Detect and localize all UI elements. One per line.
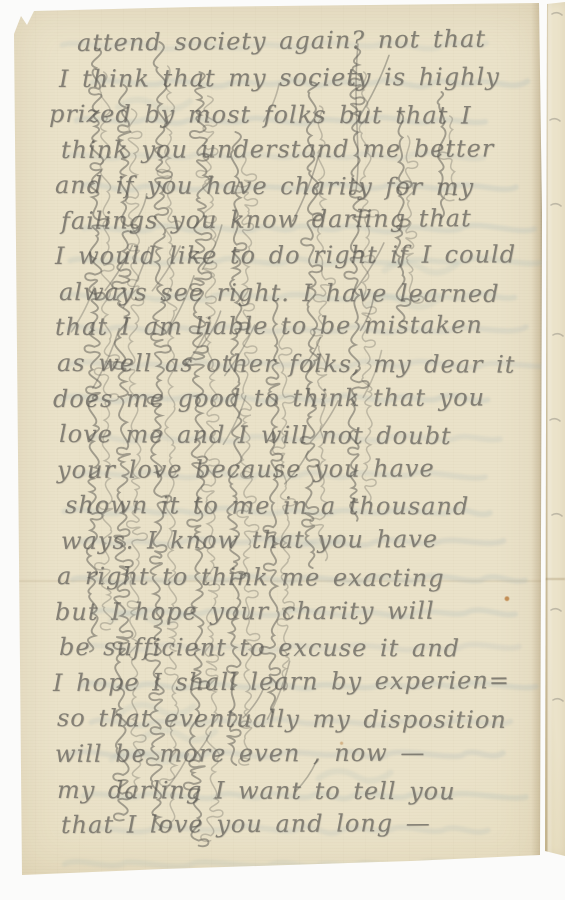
letter-line: a right to think me exacting (57, 562, 445, 592)
letter-line: that I am liable to be mistaken (55, 311, 483, 341)
letter-line: prized by most folks but that I (49, 100, 472, 129)
scanned-letter: attend society again? not thatI think th… (0, 0, 565, 900)
letter-line: ways. I know that you have (61, 525, 438, 555)
letter-line: I hope I shall learn by experien= (53, 666, 510, 697)
letter-line: so that eventually my disposition (57, 704, 507, 734)
letter-line: failings you know darling that (61, 204, 472, 235)
letter-line: my darling I want to tell you (57, 776, 456, 805)
letter-page: attend society again? not thatI think th… (13, 3, 543, 879)
letter-line: does me good to think that you (53, 383, 485, 413)
letter-line: but I hope your charity will (55, 596, 435, 625)
letter-text: attend society again? not thatI think th… (13, 3, 543, 879)
letter-line: and if you have charity for my (55, 171, 474, 201)
letter-line: your love because you have (57, 454, 435, 484)
letter-line: as well as other folks, my dear it (57, 349, 516, 379)
letter-line: be sufficient to excuse it and (59, 633, 460, 662)
letter-line: attend society again? not that (77, 25, 486, 57)
letter-line: love me and I will not doubt (59, 420, 452, 450)
letter-line: I think that my society is highly (59, 62, 500, 92)
letter-line: shown it to me in a thousand (65, 491, 469, 520)
letter-line: always see right. I have learned (59, 278, 500, 308)
fold-crease-horizontal-sliver (545, 578, 565, 580)
facing-page-edge (545, 2, 565, 856)
letter-line: that I love you and long — (61, 809, 431, 839)
letter-line: think you understand me better (61, 134, 494, 164)
letter-line: I would like to do right if I could (55, 241, 516, 271)
letter-line: will be more even , now — (55, 739, 425, 768)
